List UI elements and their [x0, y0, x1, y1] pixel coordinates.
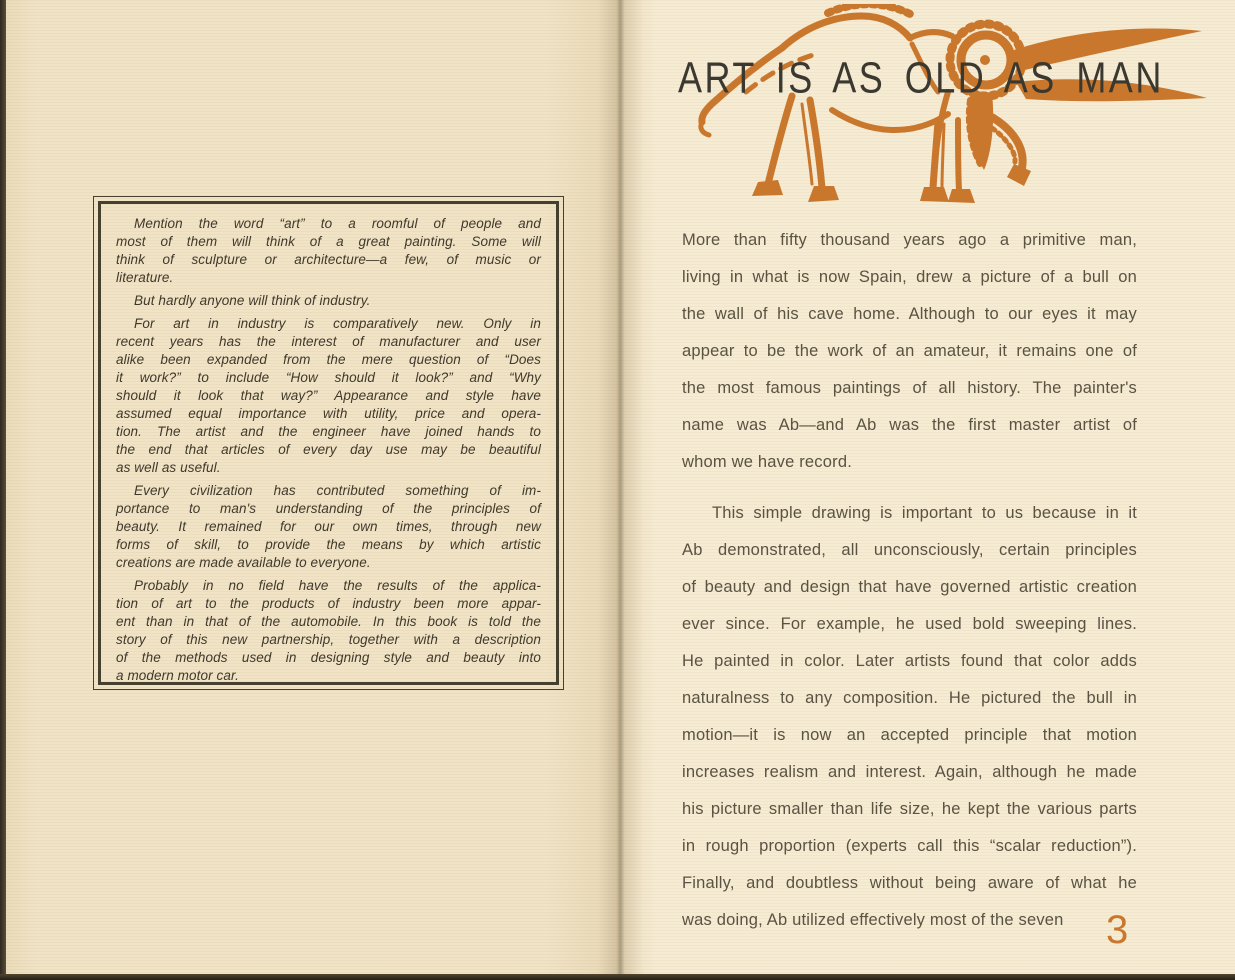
text-line: increases realism and interest. Again, a… [682, 754, 1137, 791]
text-line: most of them will think of a great paint… [116, 233, 541, 251]
paragraph: For art in industry is comparatively new… [116, 315, 541, 477]
text-line: But hardly anyone will think of industry… [116, 292, 541, 310]
text-line: Every civilization has contributed somet… [116, 482, 541, 500]
text-line: ever since. For example, he used bold sw… [682, 606, 1137, 643]
text-line: of beauty and design that have governed … [682, 569, 1137, 606]
text-line: of the methods used in designing style a… [116, 649, 541, 667]
text-line: Ab demonstrated, all unconsciously, cert… [682, 532, 1137, 569]
text-line: the end that articles of every day use m… [116, 441, 541, 459]
chapter-title: ART IS AS OLD AS MAN [678, 52, 1188, 103]
text-line: Probably in no field have the results of… [116, 577, 541, 595]
paragraph: But hardly anyone will think of industry… [116, 292, 541, 310]
cave-painting-bull-icon [686, 4, 1214, 206]
text-line: it work?” to include “How should it look… [116, 369, 541, 387]
text-line: story of this new partnership, together … [116, 631, 541, 649]
text-line: the wall of his cave home. Although to o… [682, 296, 1137, 333]
text-line: whom we have record. [682, 444, 1137, 481]
page-number: 3 [1106, 908, 1128, 953]
paragraph: This simple drawing is important to us b… [682, 495, 1137, 939]
text-line: name was Ab—and Ab was the first master … [682, 407, 1137, 444]
text-line: portance to man's understanding of the p… [116, 500, 541, 518]
text-line: tion of art to the products of industry … [116, 595, 541, 613]
text-line: as well as useful. [116, 459, 541, 477]
text-line: tion. The artist and the engineer have j… [116, 423, 541, 441]
text-line: naturalness to any composition. He pictu… [682, 680, 1137, 717]
intro-box-frame: Mention the word “art” to a roomful of p… [93, 196, 564, 690]
intro-box-inner-frame: Mention the word “art” to a roomful of p… [98, 201, 559, 685]
paragraph: Mention the word “art” to a roomful of p… [116, 215, 541, 287]
text-line: ent than in that of the automobile. In t… [116, 613, 541, 631]
text-line: More than fifty thousand years ago a pri… [682, 222, 1137, 259]
text-line: beauty. It remained for our own times, t… [116, 518, 541, 536]
page-edge-left [0, 0, 6, 980]
page-edge-bottom [0, 974, 1235, 980]
text-line: assumed equal importance with utility, p… [116, 405, 541, 423]
text-line: He painted in color. Later artists found… [682, 643, 1137, 680]
text-line: should it look that way?” Appearance and… [116, 387, 541, 405]
intro-text: Mention the word “art” to a roomful of p… [116, 215, 541, 685]
text-line: Mention the word “art” to a roomful of p… [116, 215, 541, 233]
right-page: ART IS AS OLD AS MAN More than fifty tho… [620, 0, 1235, 974]
text-line: recent years has the interest of manufac… [116, 333, 541, 351]
text-line: creations are made available to everyone… [116, 554, 541, 572]
text-line: living in what is now Spain, drew a pict… [682, 259, 1137, 296]
paragraph: Probably in no field have the results of… [116, 577, 541, 685]
text-line: in rough proportion (experts call this “… [682, 828, 1137, 865]
text-line: motion—it is now an accepted principle t… [682, 717, 1137, 754]
chapter-body-text: More than fifty thousand years ago a pri… [682, 222, 1137, 939]
text-line: think of sculpture or architecture—a few… [116, 251, 541, 269]
text-line: This simple drawing is important to us b… [682, 495, 1137, 532]
text-line: was doing, Ab utilized effectively most … [682, 902, 1137, 939]
book-spread: Mention the word “art” to a roomful of p… [0, 0, 1235, 980]
text-line: appear to be the work of an amateur, it … [682, 333, 1137, 370]
text-line: literature. [116, 269, 541, 287]
text-line: his picture smaller than life size, he k… [682, 791, 1137, 828]
text-line: the most famous paintings of all history… [682, 370, 1137, 407]
text-line: alike been expanded from the mere questi… [116, 351, 541, 369]
text-line: Finally, and doubtless without being awa… [682, 865, 1137, 902]
paragraph: Every civilization has contributed somet… [116, 482, 541, 572]
left-page: Mention the word “art” to a roomful of p… [6, 0, 620, 974]
text-line: a modern motor car. [116, 667, 541, 685]
text-line: For art in industry is comparatively new… [116, 315, 541, 333]
paragraph: More than fifty thousand years ago a pri… [682, 222, 1137, 481]
text-line: forms of skill, to provide the means by … [116, 536, 541, 554]
